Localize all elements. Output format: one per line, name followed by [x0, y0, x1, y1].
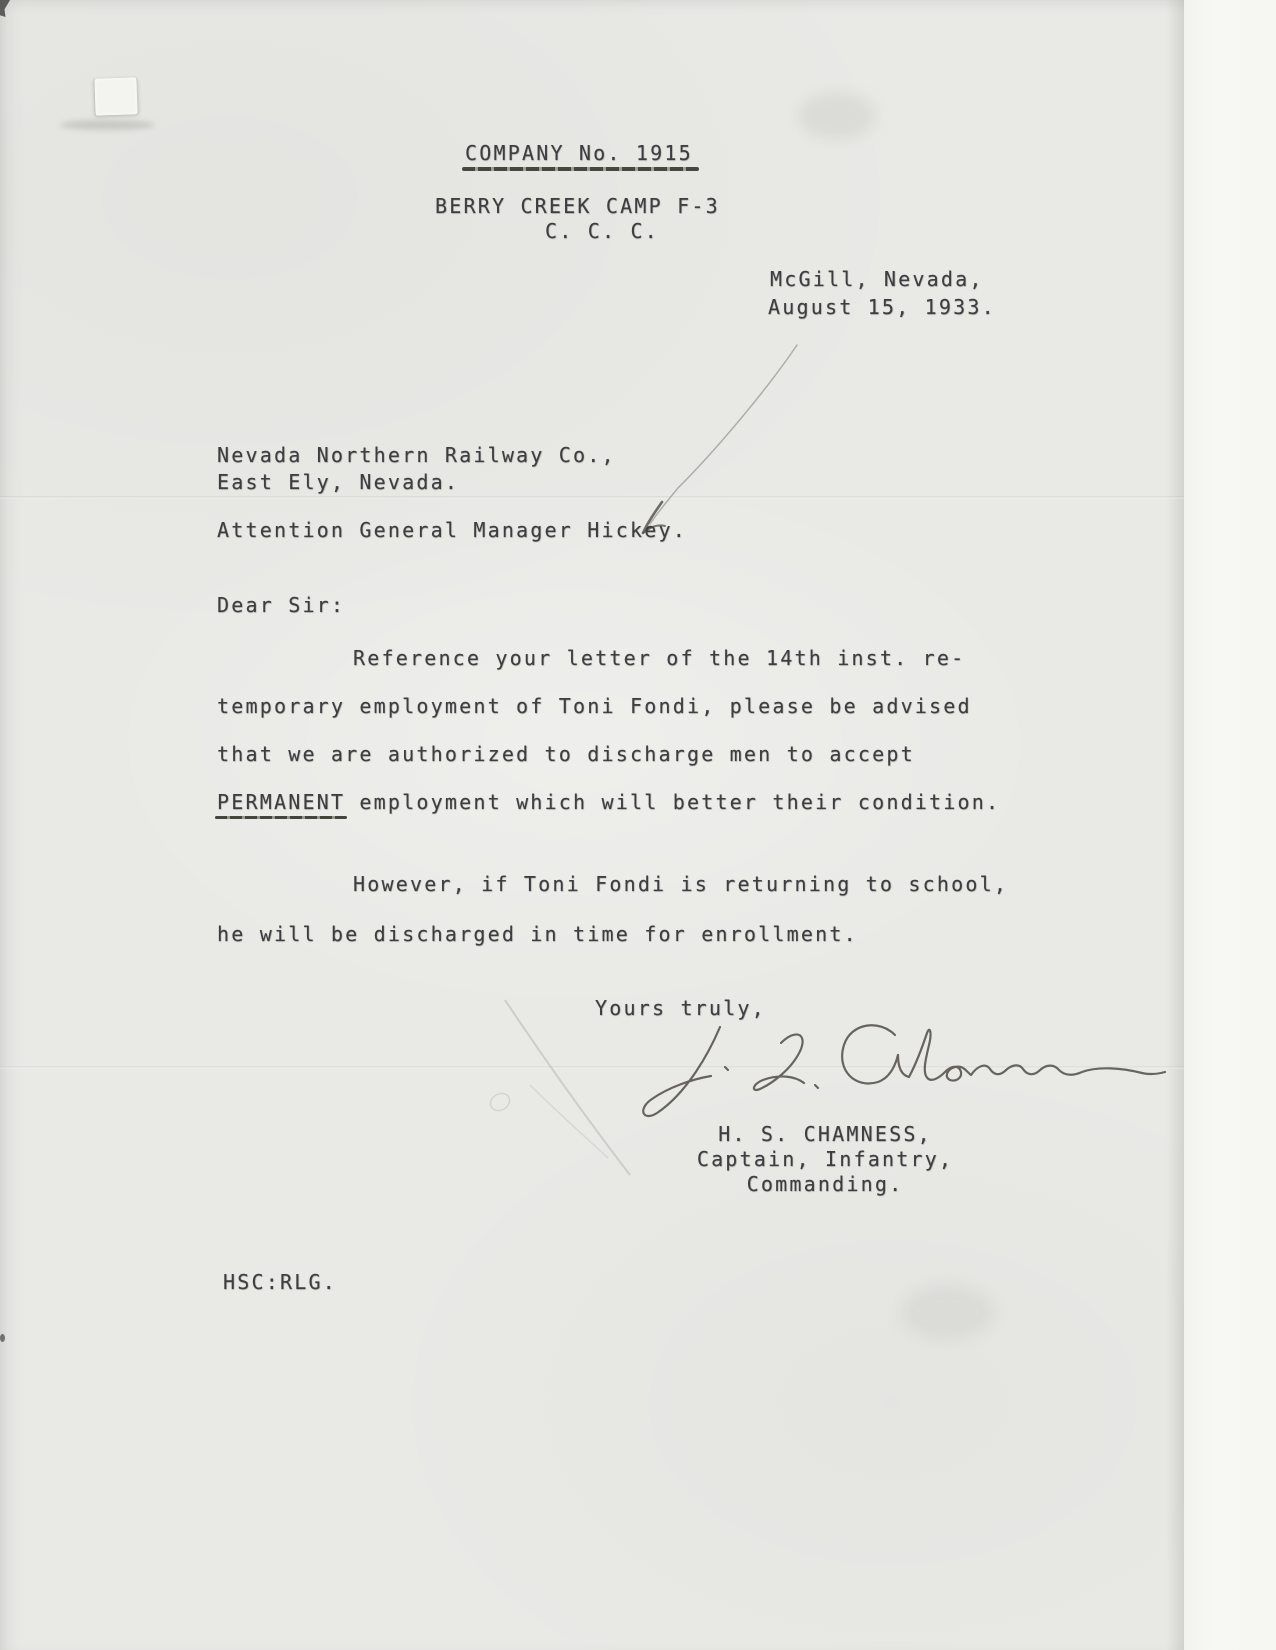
tape-patch	[93, 77, 138, 116]
scanned-letter-page: COMPANY No. 1915 BERRY CREEK CAMP F-3 C.…	[0, 0, 1276, 1650]
edge-speck	[0, 1334, 5, 1342]
scanner-edge-strip	[1184, 0, 1276, 1650]
reference-initials: HSC:RLG.	[223, 1271, 337, 1294]
signature-handwritten	[595, 1005, 1175, 1135]
dateline-date: August 15, 1933.	[768, 296, 996, 319]
recipient-address: East Ely, Nevada.	[217, 471, 459, 494]
typed-signature-block: H. S. CHAMNESS, Captain, Infantry, Comma…	[660, 1122, 990, 1197]
pencil-check-mark	[600, 330, 820, 550]
body-para1-line4: PERMANENT employment which will better t…	[217, 791, 1000, 814]
body-para1-line1: Reference your letter of the 14th inst. …	[353, 647, 965, 670]
smudge-mark	[900, 1285, 995, 1340]
salutation: Dear Sir:	[217, 594, 345, 617]
company-number-text: COMPANY No. 1915	[465, 142, 693, 165]
typed-signature-name: H. S. CHAMNESS,	[660, 1122, 990, 1147]
company-number-line: COMPANY No. 1915	[465, 142, 693, 165]
fold-crease-upper	[0, 496, 1184, 499]
corner-mark	[0, 0, 10, 17]
paper-edge-shadow	[1166, 0, 1184, 1650]
smudge-mark	[60, 120, 155, 130]
body-para2-line2: he will be discharged in time for enroll…	[217, 923, 858, 946]
typed-signature-title: Captain, Infantry,	[660, 1147, 990, 1172]
dateline-place: McGill, Nevada,	[770, 268, 984, 291]
body-para1-line4-rest: employment which will better their condi…	[345, 790, 1000, 814]
permanent-emphasis: PERMANENT	[217, 791, 345, 814]
camp-name-line: BERRY CREEK CAMP F-3	[435, 195, 720, 218]
typed-signature-role: Commanding.	[660, 1172, 990, 1197]
attention-line: Attention General Manager Hickey.	[217, 519, 687, 542]
organization-line: C. C. C.	[545, 220, 659, 243]
body-para1-line2: temporary employment of Toni Fondi, plea…	[217, 695, 972, 718]
recipient-name: Nevada Northern Railway Co.,	[217, 444, 616, 467]
body-para2-line1: However, if Toni Fondi is returning to s…	[353, 873, 1008, 896]
body-para1-line3: that we are authorized to discharge men …	[217, 743, 915, 766]
smudge-mark	[798, 92, 876, 140]
